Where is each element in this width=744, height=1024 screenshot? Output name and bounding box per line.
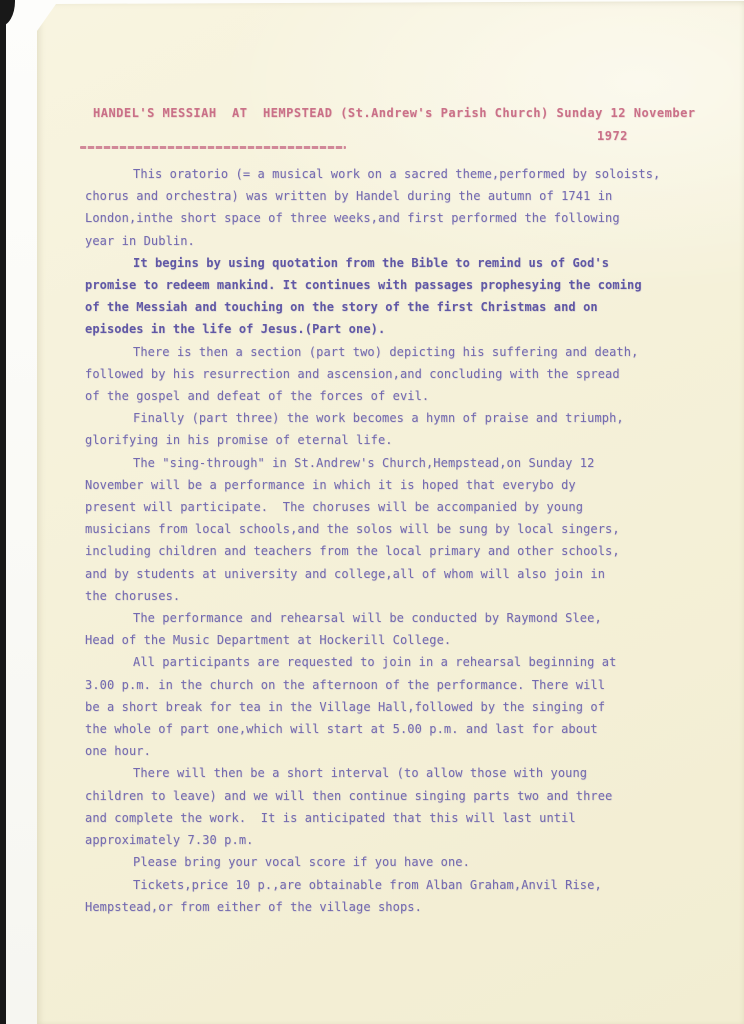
paragraph: Please bring your vocal score if you hav…	[85, 851, 705, 873]
paragraph: It begins by using quotation from the Bi…	[85, 252, 705, 341]
document-title-line-2: 1972	[597, 129, 628, 143]
scanner-edge-strip	[0, 0, 6, 1024]
document-body: This oratorio (= a musical work on a sac…	[85, 163, 705, 918]
document-page: HANDEL'S MESSIAH AT HEMPSTEAD (St.Andrew…	[37, 0, 744, 1024]
paragraph: There will then be a short interval (to …	[85, 762, 705, 851]
paragraph: The "sing-through" in St.Andrew's Church…	[85, 452, 705, 607]
document-title-line-1: HANDEL'S MESSIAH AT HEMPSTEAD (St.Andrew…	[93, 106, 696, 120]
paragraph: Finally (part three) the work becomes a …	[85, 407, 705, 451]
scanner-background: HANDEL'S MESSIAH AT HEMPSTEAD (St.Andrew…	[0, 0, 744, 1024]
title-underline	[80, 146, 346, 149]
scanner-edge-corner	[0, 0, 15, 26]
paragraph: This oratorio (= a musical work on a sac…	[85, 163, 705, 252]
paragraph: There is then a section (part two) depic…	[85, 341, 705, 408]
paragraph: Tickets,price 10 p.,are obtainable from …	[85, 874, 705, 918]
paragraph: All participants are requested to join i…	[85, 651, 705, 762]
paragraph: The performance and rehearsal will be co…	[85, 607, 705, 651]
